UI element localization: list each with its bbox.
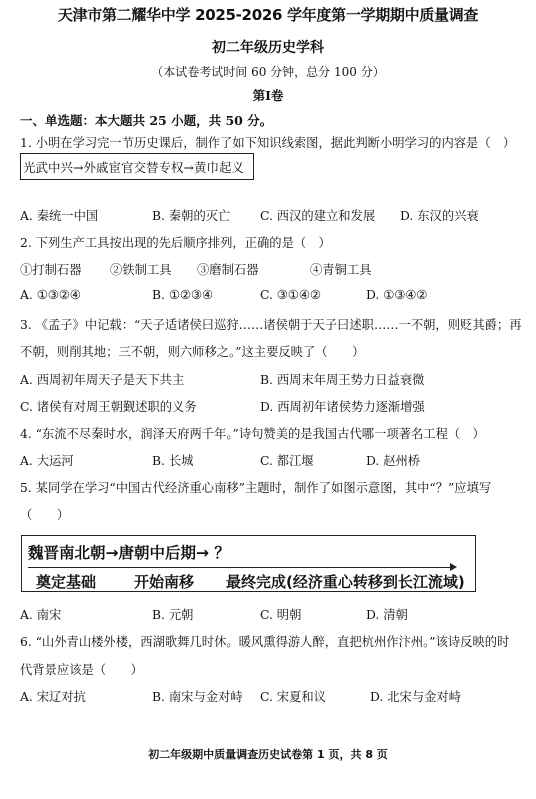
question-5-option-a: A. 南宋 [20, 605, 61, 623]
diagram-timeline-line [28, 567, 453, 568]
question-4-option-b: B. 长城 [152, 451, 193, 469]
question-3-option-a: A. 西周初年周天子是天下共主 [20, 370, 184, 388]
question-2-item-3: ③磨制石器 [197, 260, 259, 278]
question-1-option-c: C. 西汉的建立和发展 [260, 206, 375, 224]
question-6-option-c: C. 宋夏和议 [260, 687, 326, 705]
question-1-clue-text: 光武中兴→外戚宦官交替专权→黄巾起义 [23, 158, 244, 176]
question-5-diagram: 魏晋南北朝→唐朝中后期→ ？ 奠定基础 开始南移 最终完成(经济重心转移到长江流… [21, 535, 476, 592]
section-heading: 一、单选题：本大题共 25 小题，共 50 分。 [20, 111, 272, 129]
question-2-stem: 2. 下列生产工具按出现的先后顺序排列，正确的是（ ） [20, 233, 331, 251]
question-1-option-d: D. 东汉的兴衰 [400, 206, 479, 224]
question-2-option-b: B. ①②③④ [152, 288, 213, 302]
question-2-option-a: A. ①③②④ [20, 288, 81, 302]
question-4-option-c: C. 都江堰 [260, 451, 314, 469]
question-1-clue-box: 光武中兴→外戚宦官交替专权→黄巾起义 [20, 153, 254, 180]
question-4-option-a: A. 大运河 [20, 451, 74, 469]
page-footer: 初二年级期中质量调查历史试卷第 1 页，共 8 页 [0, 746, 536, 762]
question-6-option-a: A. 宋辽对抗 [20, 687, 86, 705]
question-3-stem-line-2: 不朝，则削其地；三不朝，则六师移之。”这主要反映了（ ） [20, 342, 364, 360]
question-2-option-c: C. ③①④② [260, 288, 321, 302]
arrow-right-icon [450, 563, 457, 571]
question-6-stem-line-2: 代背景应该是（ ） [20, 660, 143, 678]
question-6-stem-line-1: 6. “山外青山楼外楼，西湖歌舞几时休。暖风熏得游人醉，直把杭州作汴州。”该诗反… [20, 632, 509, 650]
question-4-stem: 4. “东流不尽秦时水，润泽天府两千年。”诗句赞美的是我国古代哪一项著名工程（ … [20, 424, 485, 442]
exam-title: 天津市第二耀华中学 2025-2026 学年度第一学期期中质量调查 [0, 4, 536, 25]
question-2-option-d: D. ①③④② [366, 288, 427, 302]
question-3-option-b: B. 西周末年周王势力日益衰微 [260, 370, 424, 388]
question-2-item-4: ④青铜工具 [310, 260, 372, 278]
question-5-stem-line-2: （ ） [20, 505, 69, 523]
volume-label: 第Ⅰ卷 [0, 86, 536, 104]
diagram-label-2: 开始南移 [134, 571, 194, 592]
diagram-timeline-text: 魏晋南北朝→唐朝中后期→ ？ [28, 541, 230, 563]
diagram-label-1: 奠定基础 [36, 571, 96, 592]
diagram-label-3: 最终完成(经济重心转移到长江流域) [226, 571, 465, 592]
question-1-option-a: A. 秦统一中国 [20, 206, 98, 224]
question-5-stem-line-1: 5. 某同学在学习“中国古代经济重心南移”主题时，制作了如图示意图，其中“？”应… [20, 478, 491, 496]
question-6-option-b: B. 南宋与金对峙 [152, 687, 243, 705]
question-3-stem-line-1: 3. 《孟子》中记载：“天子适诸侯曰巡狩……诸侯朝于天子曰述职……一不朝，则贬其… [20, 315, 522, 333]
exam-note: （本试卷考试时间 60 分钟，总分 100 分） [0, 63, 536, 80]
exam-subject: 初二年级历史学科 [0, 37, 536, 57]
question-4-option-d: D. 赵州桥 [366, 451, 420, 469]
question-5-option-c: C. 明朝 [260, 605, 301, 623]
question-2-item-2: ②铁制工具 [110, 260, 172, 278]
question-1-stem: 1. 小明在学习完一节历史课后，制作了如下知识线索图，据此判断小明学习的内容是（… [20, 133, 515, 151]
question-5-option-b: B. 元朝 [152, 605, 193, 623]
question-5-option-d: D. 清朝 [366, 605, 408, 623]
question-2-item-1: ①打制石器 [20, 260, 82, 278]
question-6-option-d: D. 北宋与金对峙 [370, 687, 461, 705]
question-3-option-d: D. 西周初年诸侯势力逐渐增强 [260, 397, 425, 415]
question-1-option-b: B. 秦朝的灭亡 [152, 206, 230, 224]
question-3-option-c: C. 诸侯有对周王朝觐述职的义务 [20, 397, 197, 415]
